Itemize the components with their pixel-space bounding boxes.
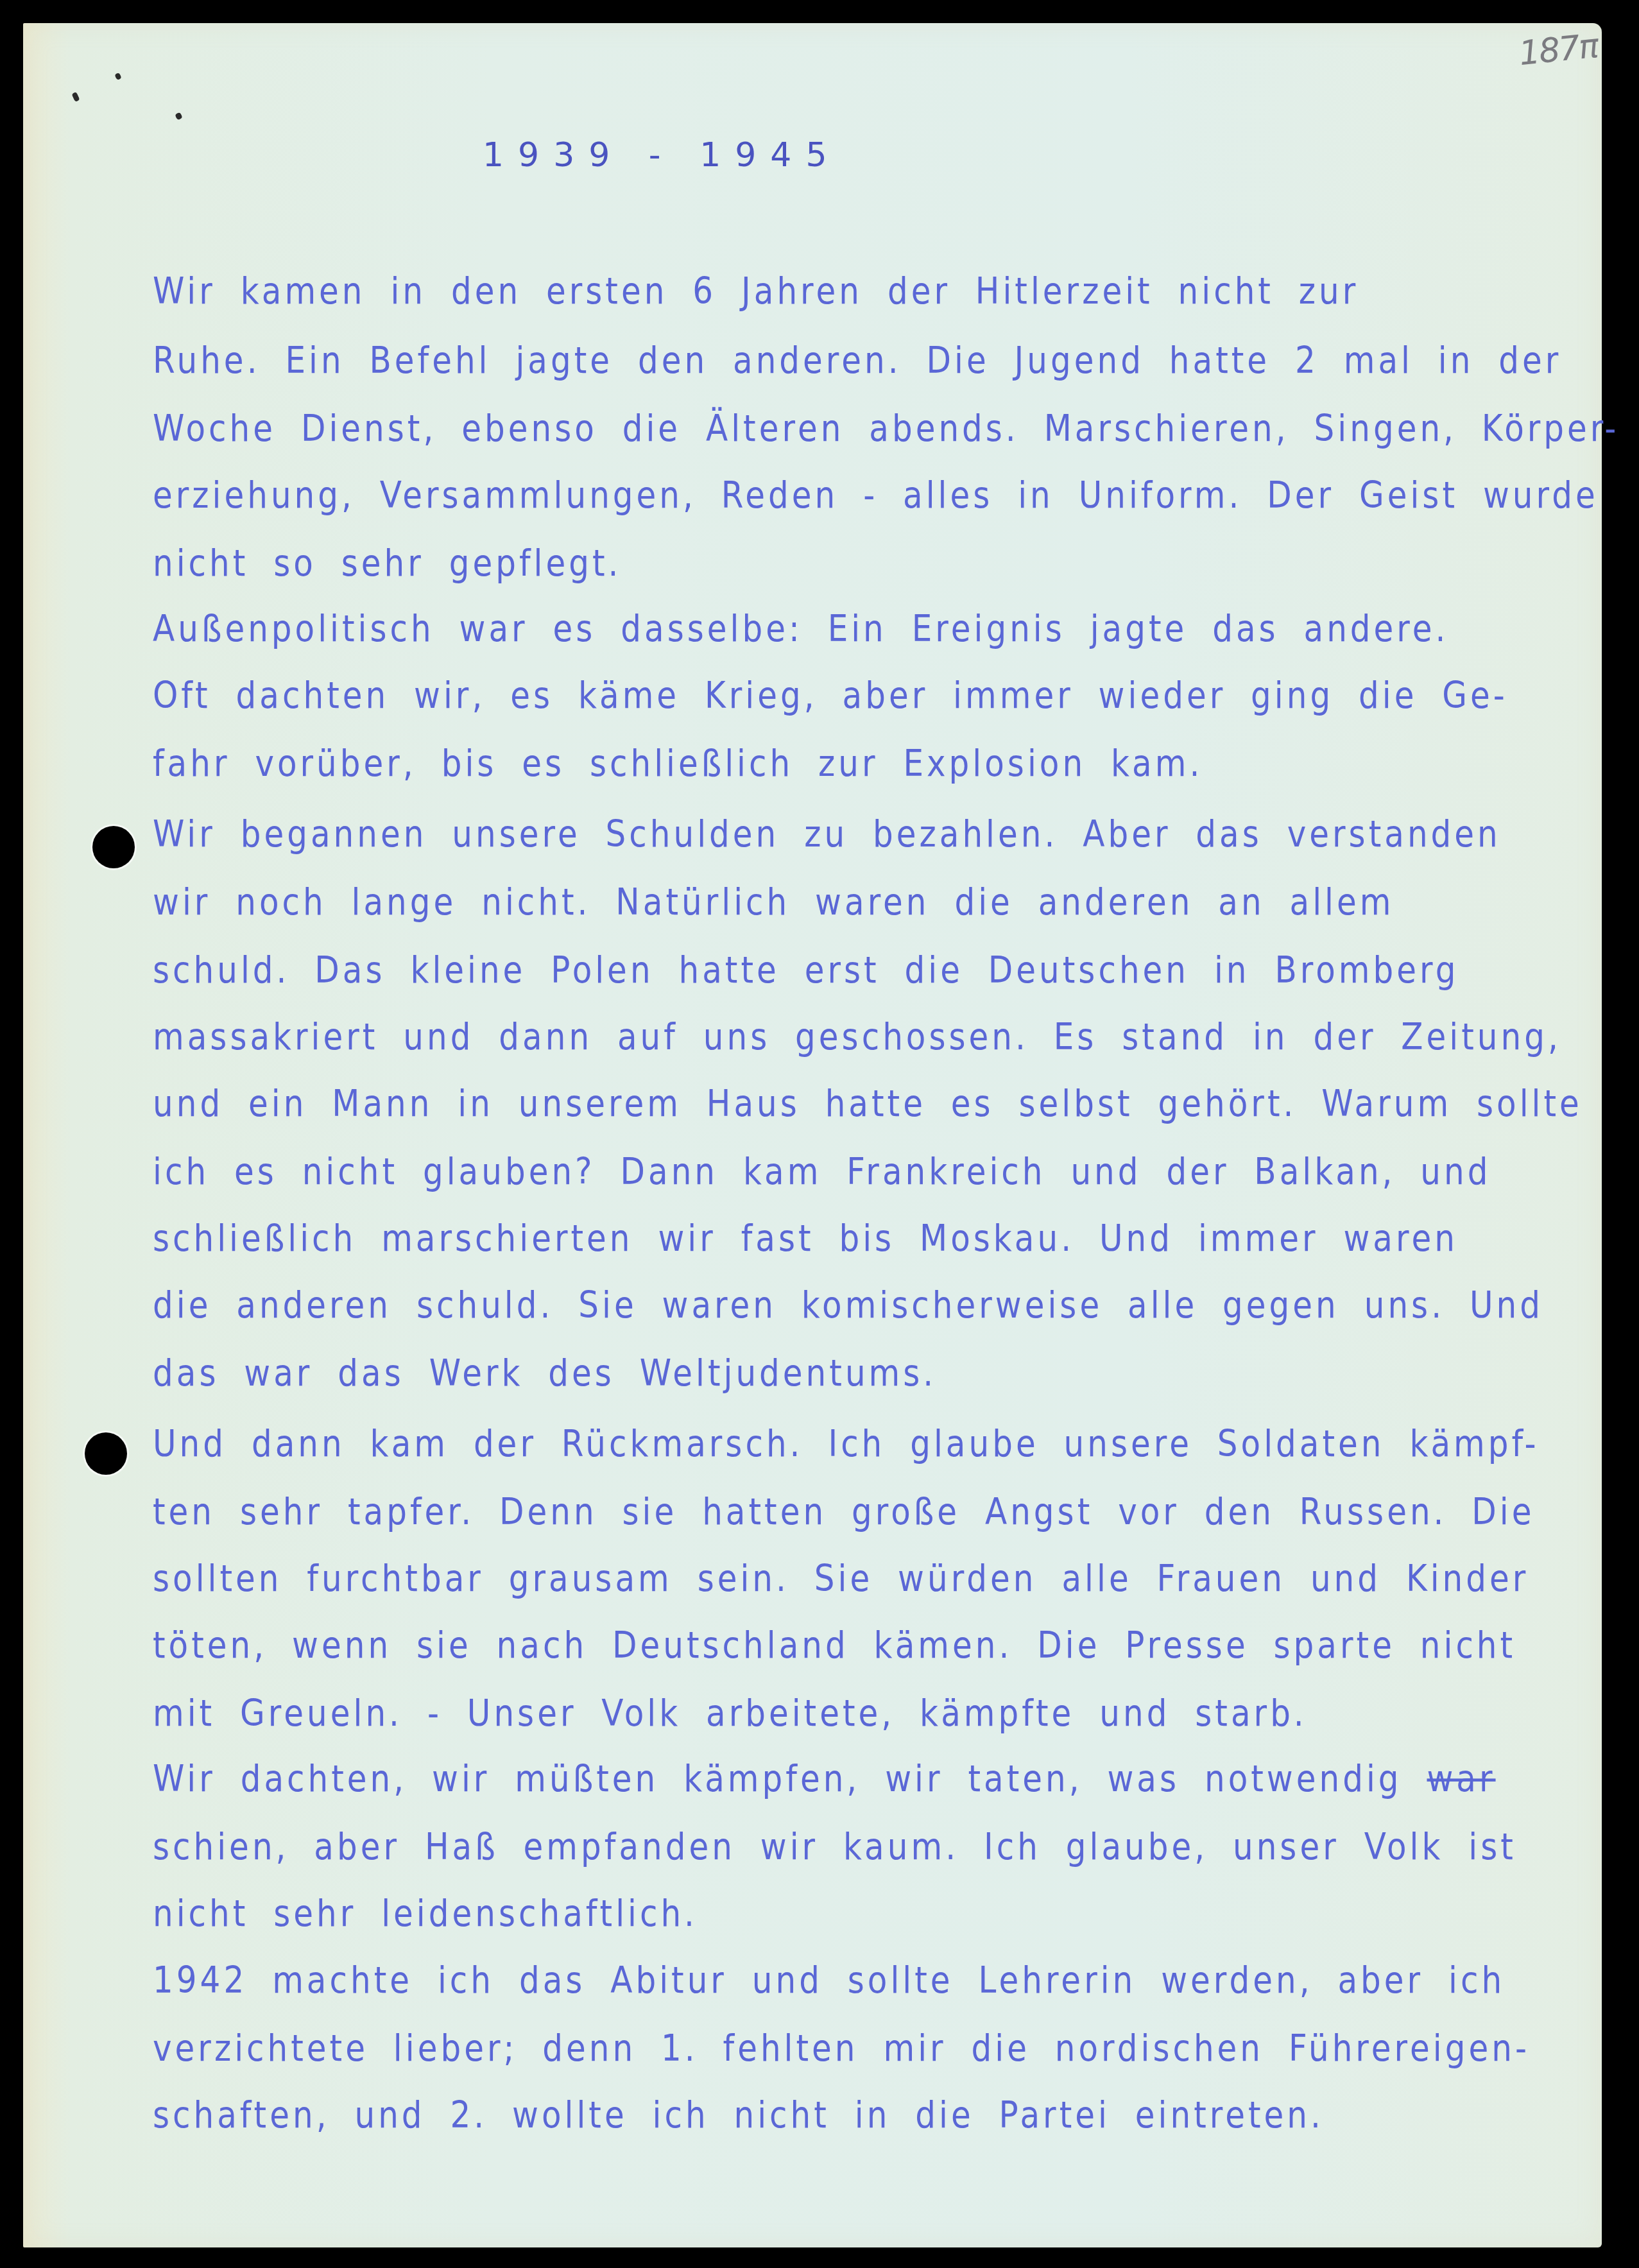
text-line: ten sehr tapfer. Denn sie hatten große A… xyxy=(153,1490,1535,1533)
text-line: schien, aber Haß empfanden wir kaum. Ich… xyxy=(153,1825,1516,1868)
text-line: Oft dachten wir, es käme Krieg, aber imm… xyxy=(153,674,1508,717)
text-line: schließlich marschierten wir fast bis Mo… xyxy=(153,1217,1458,1260)
text-line: Ruhe. Ein Befehl jagte den anderen. Die … xyxy=(153,339,1561,382)
text-line: Wir begannen unsere Schulden zu bezahlen… xyxy=(153,812,1501,855)
text-line: fahr vorüber, bis es schließlich zur Exp… xyxy=(153,742,1203,785)
text-line: ich es nicht glauben? Dann kam Frankreic… xyxy=(153,1150,1491,1193)
text-line: verzichtete lieber; denn 1. fehlten mir … xyxy=(153,2027,1530,2070)
punch-hole-lower xyxy=(85,1432,127,1475)
text-line: 1942 machte ich das Abitur und sollte Le… xyxy=(153,1959,1505,2002)
text-line: Außenpolitisch war es dasselbe: Ein Erei… xyxy=(153,607,1448,650)
page-heading: 1939 - 1945 xyxy=(483,136,841,175)
paper-speck xyxy=(71,92,80,102)
text-line: das war das Werk des Weltjudentums. xyxy=(153,1352,936,1395)
text-line: und ein Mann in unserem Haus hatte es se… xyxy=(153,1082,1583,1125)
text-line: schuld. Das kleine Polen hatte erst die … xyxy=(153,949,1459,992)
text-line: wir noch lange nicht. Natürlich waren di… xyxy=(153,881,1394,924)
text-line: Woche Dienst, ebenso die Älteren abends.… xyxy=(153,407,1619,450)
text-line: schaften, und 2. wollte ich nicht in die… xyxy=(153,2093,1324,2136)
text-line: töten, wenn sie nach Deutschland kämen. … xyxy=(153,1624,1516,1667)
struck-out-word: war xyxy=(1427,1757,1495,1800)
text-line: Und dann kam der Rückmarsch. Ich glaube … xyxy=(153,1422,1539,1465)
text-line-with-strikeout: Wir dachten, wir müßten kämpfen, wir tat… xyxy=(153,1757,1496,1800)
punch-hole-upper xyxy=(92,826,135,868)
paper-speck xyxy=(114,73,121,80)
paper-speck xyxy=(175,112,182,121)
text-line: nicht sehr leidenschaftlich. xyxy=(153,1892,698,1935)
text-line: erziehung, Versammlungen, Reden - alles … xyxy=(153,474,1599,517)
text-line: nicht so sehr gepflegt. xyxy=(153,542,621,585)
text-line: sollten furchtbar grausam sein. Sie würd… xyxy=(153,1557,1529,1600)
text-line: massakriert und dann auf uns geschossen.… xyxy=(153,1015,1561,1058)
archive-page-number: 187π xyxy=(1517,27,1599,73)
text-line-segment: Wir dachten, wir müßten kämpfen, wir tat… xyxy=(153,1757,1402,1800)
text-line: mit Greueln. - Unser Volk arbeitete, käm… xyxy=(153,1692,1307,1735)
text-line: die anderen schuld. Sie waren komischerw… xyxy=(153,1284,1543,1327)
text-line: Wir kamen in den ersten 6 Jahren der Hit… xyxy=(153,270,1359,313)
